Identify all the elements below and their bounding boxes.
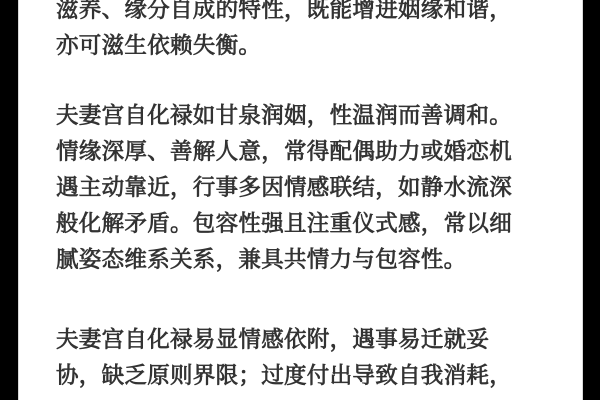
- text-line: 滋养、缘分自成的特性，既能增进姻缘和谐，: [56, 0, 576, 28]
- text-line: 般化解矛盾。包容性强且注重仪式感，常以细: [56, 206, 576, 242]
- text-line: 情缘深厚、善解人意，常得配偶助力或婚恋机: [56, 134, 576, 170]
- text-line: 协，缺乏原则界限；过度付出导致自我消耗，: [56, 358, 576, 394]
- text-line: 夫妻宫自化禄如甘泉润姻，性温润而善调和。: [56, 98, 576, 134]
- text-line: 夫妻宫自化禄易显情感依附，遇事易迁就妥: [56, 322, 576, 358]
- paragraph-2: 夫妻宫自化禄如甘泉润姻，性温润而善调和。 情缘深厚、善解人意，常得配偶助力或婚恋…: [56, 98, 576, 278]
- text-line: 腻姿态维系关系，兼具共情力与包容性。: [56, 242, 576, 278]
- text-line: 亦可滋生依赖失衡。: [56, 28, 576, 64]
- text-line: 遇主动靠近，行事多因情感联结，如静水流深: [56, 170, 576, 206]
- paragraph-1: 滋养、缘分自成的特性，既能增进姻缘和谐， 亦可滋生依赖失衡。: [56, 0, 576, 64]
- paragraph-3: 夫妻宫自化禄易显情感依附，遇事易迁就妥 协，缺乏原则界限；过度付出导致自我消耗，: [56, 322, 576, 394]
- article-panel: 滋养、缘分自成的特性，既能增进姻缘和谐， 亦可滋生依赖失衡。 夫妻宫自化禄如甘泉…: [18, 0, 583, 400]
